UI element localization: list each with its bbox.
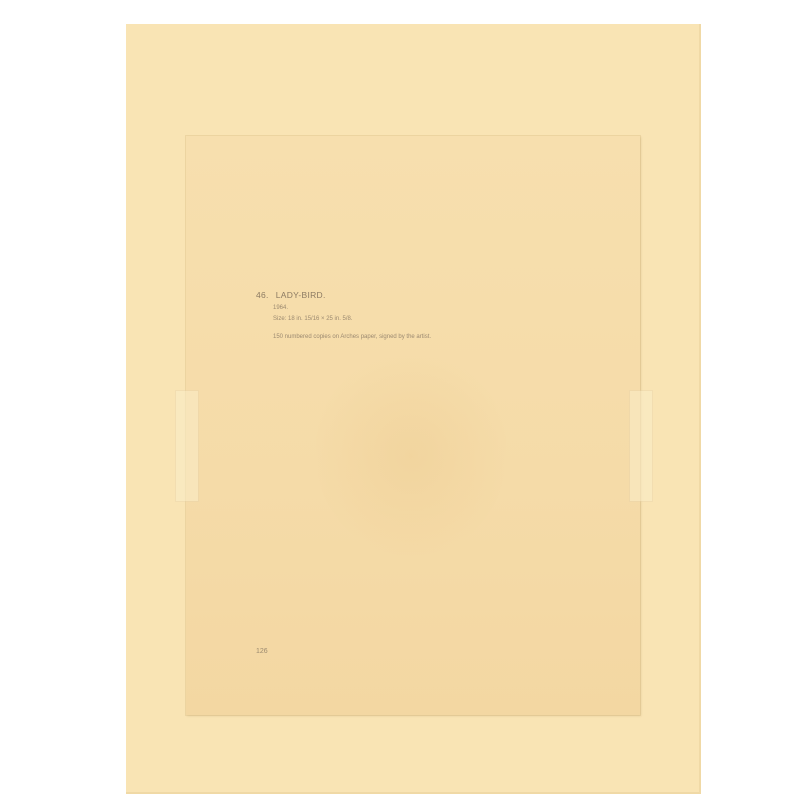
page-number: 126 <box>256 648 268 655</box>
entry-year: 1964. <box>273 303 431 314</box>
entry-size: Size: 18 in. 15/16 × 25 in. 5/8. <box>273 314 431 325</box>
faint-show-through-image <box>316 356 506 556</box>
tape-left <box>176 391 198 501</box>
entry-title: LADY-BIRD. <box>276 290 326 300</box>
mounting-board: 46.LADY-BIRD. 1964. Size: 18 in. 15/16 ×… <box>126 24 701 794</box>
entry-edition: 150 numbered copies on Arches paper, sig… <box>273 332 431 343</box>
catalogue-entry: 46.LADY-BIRD. 1964. Size: 18 in. 15/16 ×… <box>256 290 431 343</box>
tape-right <box>630 391 652 501</box>
catalogue-page: 46.LADY-BIRD. 1964. Size: 18 in. 15/16 ×… <box>186 136 640 715</box>
entry-heading: 46.LADY-BIRD. <box>256 290 431 300</box>
entry-number: 46. <box>256 290 269 300</box>
